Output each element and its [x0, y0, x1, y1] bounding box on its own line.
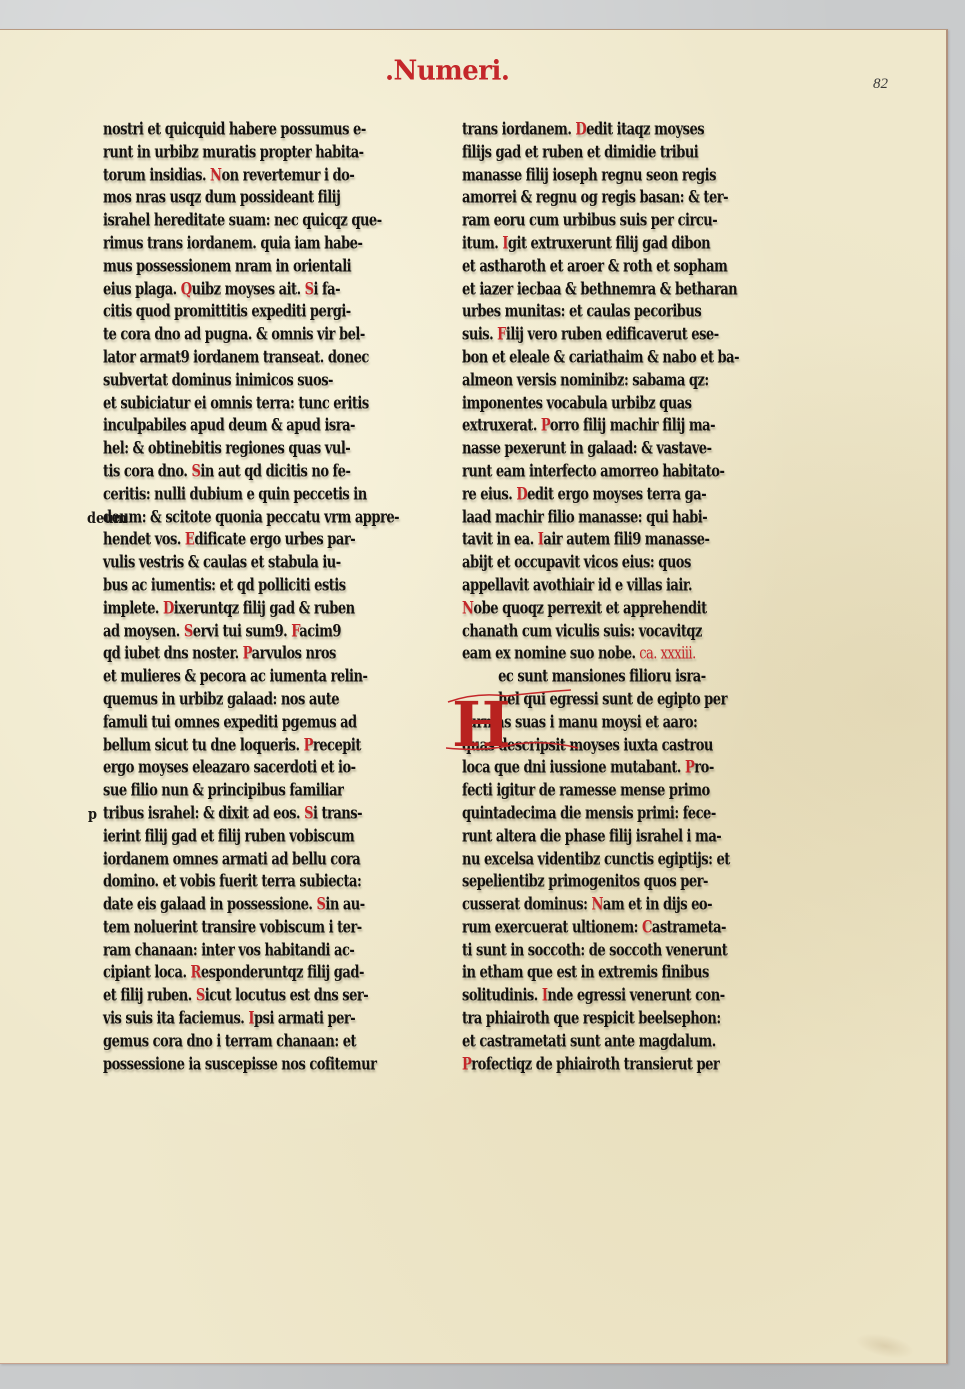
right-text-column: trans iordanem. Dedit itaqz moysesfilijs…	[462, 118, 762, 1075]
text-line: quintadecima die mensis primi: fece-	[462, 801, 720, 827]
text-line: almeon versis nominibz: sabama qz:	[462, 367, 720, 393]
rubricated-initial: S	[196, 985, 205, 1005]
rubricated-initial: I	[542, 985, 548, 1005]
rubricated-initial: E	[185, 529, 194, 549]
text-line: et filij ruben. Sicut locutus est dns se…	[103, 983, 361, 1009]
left-text-column: nostri et quicquid habere possumus e-run…	[103, 118, 403, 1075]
text-line: famuli tui omnes expediti pgemus ad	[103, 709, 361, 735]
text-line: rimus trans iordanem. quia iam habe-	[103, 231, 361, 257]
text-line: sue filio nun & principibus familiar	[103, 778, 361, 804]
text-line: possessione ia suscepisse nos cofitemur	[103, 1051, 361, 1077]
rubricated-initial: S	[316, 894, 325, 914]
text-line: suis. Filij vero ruben edificaverut ese-	[462, 322, 720, 348]
text-line: implete. Dixeruntqz filij gad & ruben	[103, 595, 361, 621]
text-line: subvertat dominus inimicos suos-	[103, 367, 361, 393]
text-line: bus ac iumentis: et qd polliciti estis	[103, 573, 361, 599]
rubricated-initial: P	[243, 643, 252, 663]
rubricated-initial: S	[184, 620, 193, 640]
text-line: ierint filij gad et filij ruben vobiscum	[103, 823, 361, 849]
text-line: nostri et quicquid habere possumus e-	[103, 117, 361, 143]
text-line: abijt et occupavit vicos eius: quos	[462, 550, 720, 576]
text-line: cusserat dominus: Nam et in dijs eo-	[462, 892, 720, 918]
text-line: appellavit avothiair id e villas iair.	[462, 573, 720, 599]
rubricated-initial: P	[304, 734, 313, 754]
text-line: runt altera die phase filij israhel i ma…	[462, 823, 720, 849]
rubricated-initial: D	[163, 598, 174, 618]
rubricated-initial: P	[541, 415, 550, 435]
rubricated-initial: N	[462, 598, 473, 618]
text-line: hel: & obtinebitis regiones quas vul-	[103, 436, 361, 462]
chapter-heading: ca. xxxiii.	[636, 643, 696, 663]
rubricated-initial: I	[502, 233, 508, 253]
text-line: itum. Igit extruxerunt filij gad dibon	[462, 231, 720, 257]
rubricated-initial: P	[685, 757, 694, 777]
text-line: et mulieres & pecora ac iumenta relin-	[103, 664, 361, 690]
text-line: runt eam interfecto amorreo habitato-	[462, 459, 720, 485]
text-line: tribus israhel: & dixit ad eos. Si trans…	[103, 801, 361, 827]
text-line: solitudinis. Inde egressi venerunt con-	[462, 983, 720, 1009]
rubricated-initial: I	[248, 1008, 254, 1028]
text-line: vis suis ita faciemus. Ipsi armati per-	[103, 1006, 361, 1032]
rubricated-initial: D	[516, 484, 527, 504]
rubricated-initial: Q	[181, 278, 192, 298]
folio-number: 82	[873, 76, 888, 93]
text-line: ec sunt mansiones filioru isra-	[462, 664, 720, 690]
rubricated-initial: N	[210, 164, 221, 184]
rubricated-initial: S	[305, 278, 314, 298]
text-line: te cora dno ad pugna. & omnis vir bel-	[103, 322, 361, 348]
running-head: .Numeri.	[385, 55, 509, 87]
text-line: Profectiqz de phiairoth transierut per	[462, 1051, 720, 1077]
rubricated-initial: C	[642, 917, 652, 937]
text-line: trans iordanem. Dedit itaqz moyses	[462, 117, 720, 143]
text-line: date eis galaad in possessione. Sin au-	[103, 892, 361, 918]
text-line: fecti igitur de ramesse mense primo	[462, 778, 720, 804]
text-line: runt in urbibz muratis propter habita-	[103, 139, 361, 165]
rubricated-initial: S	[304, 803, 313, 823]
text-line: et castrametati sunt ante magdalum.	[462, 1029, 720, 1055]
text-line: Nobe quoqz perrexit et apprehendit	[462, 595, 720, 621]
rubricated-initial: P	[462, 1054, 471, 1074]
rubricated-initial: I	[538, 529, 544, 549]
text-line: bon et eleale & cariathaim & nabo et ba-	[462, 345, 720, 371]
text-line: tem noluerint transire vobiscum i ter-	[103, 915, 361, 941]
rubricated-initial: F	[497, 324, 506, 344]
rubricated-initial: D	[575, 119, 586, 139]
text-line: tra phiairoth que respicit beelsephon:	[462, 1006, 720, 1032]
text-line: ceritis: nulli dubium e quin peccetis in	[103, 481, 361, 507]
rubricated-initial: N	[591, 894, 602, 914]
text-line: rum exercuerat ultionem: Castrameta-	[462, 915, 720, 941]
text-line: lator armat9 iordanem transeat. donec	[103, 345, 361, 371]
drop-cap-initial: H	[452, 694, 511, 756]
margin-note: p	[88, 805, 97, 823]
text-line: filijs gad et ruben et dimidie tribui	[462, 139, 720, 165]
text-line: gemus cora dno i terram chanaan: et	[103, 1029, 361, 1055]
rubricated-initial: R	[191, 962, 201, 982]
text-line: et astharoth et aroer & roth et sopham	[462, 253, 720, 279]
text-line: sepelientibz primogenitos quos per-	[462, 869, 720, 895]
margin-note: deum	[87, 509, 127, 527]
text-line: re eius. Dedit ergo moyses terra ga-	[462, 481, 720, 507]
text-line: vulis vestris & caulas et stabula iu-	[103, 550, 361, 576]
text-line: tis cora dno. Sin aut qd dicitis no fe-	[103, 459, 361, 485]
parchment-stain	[853, 1329, 916, 1363]
text-line: mus possessionem nram in orientali	[103, 253, 361, 279]
rubricated-initial: S	[191, 461, 200, 481]
text-line: ram eoru cum urbibus suis per circu-	[462, 208, 720, 234]
text-line: domino. et vobis fuerit terra subiecta:	[103, 869, 361, 895]
text-line: nasse pexerunt in galaad: & vastave-	[462, 436, 720, 462]
rubricated-initial: F	[291, 620, 299, 640]
text-line: israhel hereditate suam: nec quicqz que-	[103, 208, 361, 234]
text-line: quemus in urbibz galaad: nos aute	[103, 687, 361, 713]
